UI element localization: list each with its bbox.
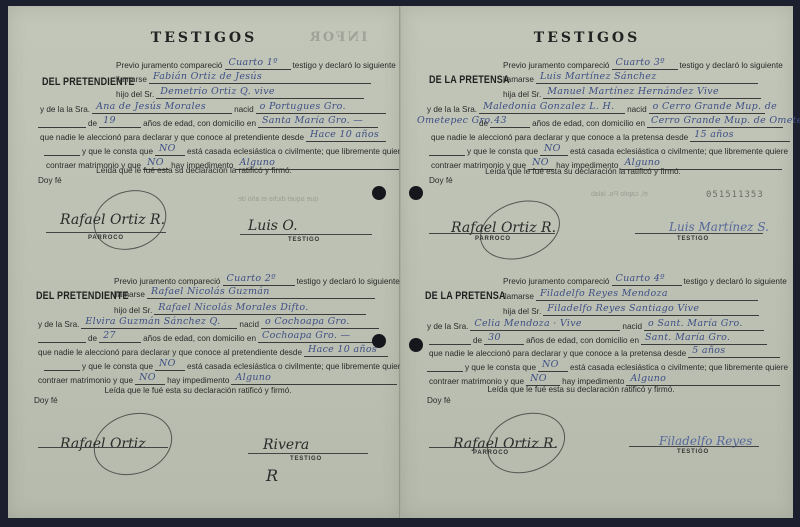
edad-line: Ometepec Gro. de 43 años de edad, con do…	[413, 114, 783, 128]
edad-field[interactable]: 27	[99, 329, 141, 343]
hijo-line: hija del Sr. Filadelfo Reyes Santiago Vi…	[501, 302, 759, 316]
comparecio-field[interactable]: Cuarto 2º	[223, 272, 295, 286]
llamarse-line: llamarse Luis Martínez Sánchez	[501, 70, 758, 84]
testigo-caption: TESTIGO	[290, 456, 322, 462]
testigo-caption: TESTIGO	[677, 236, 709, 242]
conoce-field[interactable]: 15 años	[690, 128, 790, 142]
hijo-field[interactable]: Rafael Nicolás Morales Difto.	[154, 301, 366, 315]
hijo-field[interactable]: Demetrio Ortiz Q. vive	[156, 85, 364, 99]
conoce-line: que nadie le aleccionó para declarar y q…	[427, 344, 780, 358]
consta-field[interactable]: NO	[155, 142, 185, 156]
parroco-signature-line	[38, 447, 168, 448]
testigo-signature-line	[248, 453, 368, 454]
parroco-signature-line	[46, 232, 166, 233]
contraer-field[interactable]: NO	[526, 372, 560, 386]
pre-consta-field[interactable]	[429, 142, 465, 156]
testigo-signature: Luis O.	[248, 218, 298, 234]
edad-line: de 27 años de edad, con domicilio en Coc…	[38, 329, 376, 343]
domicilio-field[interactable]: Sant. María Gro.	[641, 331, 767, 345]
llamarse-field[interactable]: Filadelfo Reyes Mendoza	[536, 287, 758, 301]
domicilio-field[interactable]: Cochoapa Gro. —	[258, 329, 376, 343]
nacido-field[interactable]: o Cerro Grande Mup. de	[649, 100, 765, 114]
section-label: DE LA PRETENSA	[425, 290, 506, 302]
llamarse-field[interactable]: Rafael Nicolás Guzmán	[147, 285, 375, 299]
conoce-line: que nadie le aleccionó para declarar y q…	[429, 128, 790, 142]
pre-edad-field[interactable]	[429, 331, 471, 345]
llamarse-field[interactable]: Fabián Ortiz de Jesús	[149, 70, 371, 84]
testigo-signature-line	[635, 233, 763, 234]
bleed-through-text: que aquel dicho el año de	[238, 196, 318, 203]
domicilio-field[interactable]: Santa María Gro. —	[258, 114, 378, 128]
doy-fe: Doy fé	[429, 176, 453, 185]
comparecio-field[interactable]: Cuarto 4º	[612, 272, 682, 286]
punch-hole	[372, 334, 386, 348]
leida-statement: Leída que le fué esta su declaración la …	[0, 166, 390, 175]
pre-consta-field[interactable]	[427, 358, 463, 372]
page-title: TESTIGOS	[391, 30, 783, 46]
testigo-caption: TESTIGO	[288, 237, 320, 243]
hijo-line: hijo del Sr. Rafael Nicolás Morales Dift…	[112, 301, 366, 315]
pre-consta-field[interactable]	[44, 142, 80, 156]
hijo-field[interactable]: Manuel Martínez Hernández Vive	[543, 85, 761, 99]
impedimento-field[interactable]: Alguno	[626, 372, 780, 386]
comparecio-field[interactable]: Cuarto 1º	[225, 56, 291, 70]
llamarse-line: llamarse Filadelfo Reyes Mendoza	[501, 287, 758, 301]
hijo-line: hija del Sr. Manuel Martínez Hernández V…	[501, 85, 761, 99]
leida-statement: Leída que le fué esta su declaración la …	[387, 167, 779, 176]
testigo-signature: Luis Martínez S.	[669, 220, 769, 234]
parroco-caption: PARROCO	[473, 450, 509, 456]
conoce-field[interactable]: 5 años	[688, 344, 780, 358]
doy-fe: Doy fé	[34, 396, 58, 405]
hijo-line: hijo del Sr. Demetrio Ortiz Q. vive	[114, 85, 364, 99]
edad-field[interactable]: 30	[484, 331, 524, 345]
leida-statement: Leída que le fué esta su declaración rat…	[385, 385, 777, 394]
sra-field[interactable]: Celia Mendoza · Vive	[470, 317, 620, 331]
consta-line: y que le consta que NO está casada ecles…	[44, 357, 407, 371]
domicilio-field[interactable]: Cerro Grande Mup. de Ometepec	[647, 114, 783, 128]
punch-hole	[409, 186, 423, 200]
consta-field[interactable]: NO	[538, 358, 568, 372]
nacido-field[interactable]: o Sant. María Gro.	[644, 317, 764, 331]
leida-statement: Leída que le fué esta su declaración rat…	[2, 386, 394, 395]
punch-hole	[409, 338, 423, 352]
right-page: TESTIGOS Previo juramento compareció Cua…	[400, 6, 793, 518]
impedimento-field[interactable]: Alguno	[231, 371, 397, 385]
initial-mark: R	[266, 466, 278, 485]
contraer-line: contraer matrimonio y que NO hay impedim…	[427, 372, 780, 386]
comparecio-field[interactable]: Cuarto 3º	[612, 56, 678, 70]
doy-fe: Doy fé	[38, 176, 62, 185]
sra-line: y de la Sra. Elvira Guzmán Sánchez Q. na…	[36, 315, 379, 329]
testigo-caption: TESTIGO	[677, 449, 709, 455]
parroco-caption: PARROCO	[88, 235, 124, 241]
consta-line: y que le consta que NO está casada ecles…	[44, 142, 407, 156]
bleed-through-text: el, capilo Pa. lalab	[591, 191, 648, 198]
parroco-signature: Rafael Ortiz	[60, 436, 146, 452]
llamarse-line: llamarse Fabián Ortiz de Jesús	[114, 70, 371, 84]
edad-line: de 19 años de edad, con domicilio en San…	[38, 114, 378, 128]
conoce-field[interactable]: Hace 10 años	[306, 128, 386, 142]
llamarse-field[interactable]: Luis Martínez Sánchez	[536, 70, 758, 84]
sra-field[interactable]: Maledonia Gonzalez L. H.	[479, 100, 625, 114]
conoce-line: que nadie le aleccionó para declarar y q…	[38, 128, 386, 142]
edad-line: de 30 años de edad, con domicilio en San…	[429, 331, 767, 345]
section-label: DE LA PRETENSA	[429, 74, 510, 86]
comparecio-line: Previo juramento compareció Cuarto 2º te…	[112, 272, 402, 286]
conoce-line: que nadie le aleccionó para declarar y q…	[36, 343, 388, 357]
contraer-field[interactable]: NO	[135, 371, 165, 385]
pre-edad-field[interactable]	[38, 329, 86, 343]
testigo-signature-line	[629, 446, 759, 447]
parroco-signature-line	[429, 447, 555, 448]
pre-edad-field[interactable]	[38, 114, 86, 128]
doy-fe: Doy fé	[427, 396, 451, 405]
nacido-field[interactable]: o Portugues Gro.	[256, 100, 386, 114]
testigo-signature-line	[240, 234, 372, 235]
punch-hole	[372, 186, 386, 200]
page-title: TESTIGOS	[8, 30, 400, 46]
comparecio-line: Previo juramento compareció Cuarto 1º te…	[114, 56, 398, 70]
contraer-line: contraer matrimonio y que NO hay impedim…	[36, 371, 397, 385]
consta-field[interactable]: NO	[155, 357, 185, 371]
consta-line: y que le consta que NO está casada ecles…	[429, 142, 790, 156]
edad-field[interactable]: 43	[490, 114, 530, 128]
pre-consta-field[interactable]	[44, 357, 80, 371]
comparecio-line: Previo juramento compareció Cuarto 3º te…	[501, 56, 785, 70]
serial-number: 051511353	[706, 190, 764, 200]
llamarse-line: llamarse Rafael Nicolás Guzmán	[112, 285, 375, 299]
sra-line: y de la la Sra. Ana de Jesús Morales nac…	[38, 100, 386, 114]
nacido-field[interactable]: o Cochoapa Gro.	[261, 315, 379, 329]
sra-line: y de la la Sra. Maledonia Gonzalez L. H.…	[425, 100, 765, 114]
left-page: INFOR TESTIGOS Previo juramento comparec…	[8, 6, 400, 518]
parroco-signature-line	[429, 233, 555, 234]
edad-field[interactable]: 19	[99, 114, 141, 128]
sra-field[interactable]: Ana de Jesús Morales	[92, 100, 232, 114]
consta-field[interactable]: NO	[540, 142, 568, 156]
pre-edad-field[interactable]: Ometepec Gro.	[413, 114, 477, 128]
sra-field[interactable]: Elvira Guzmán Sánchez Q.	[81, 315, 237, 329]
comparecio-line: Previo juramento compareció Cuarto 4º te…	[501, 272, 789, 286]
parroco-signature: Rafael Ortiz R.	[60, 212, 165, 228]
testigo-signature: Rivera	[263, 437, 309, 453]
sra-line: y de la Sra. Celia Mendoza · Vive nacid …	[425, 317, 764, 331]
parroco-caption: PARROCO	[475, 236, 511, 242]
consta-line: y que le consta que NO está casada ecles…	[427, 358, 790, 372]
hijo-field[interactable]: Filadelfo Reyes Santiago Vive	[543, 302, 759, 316]
